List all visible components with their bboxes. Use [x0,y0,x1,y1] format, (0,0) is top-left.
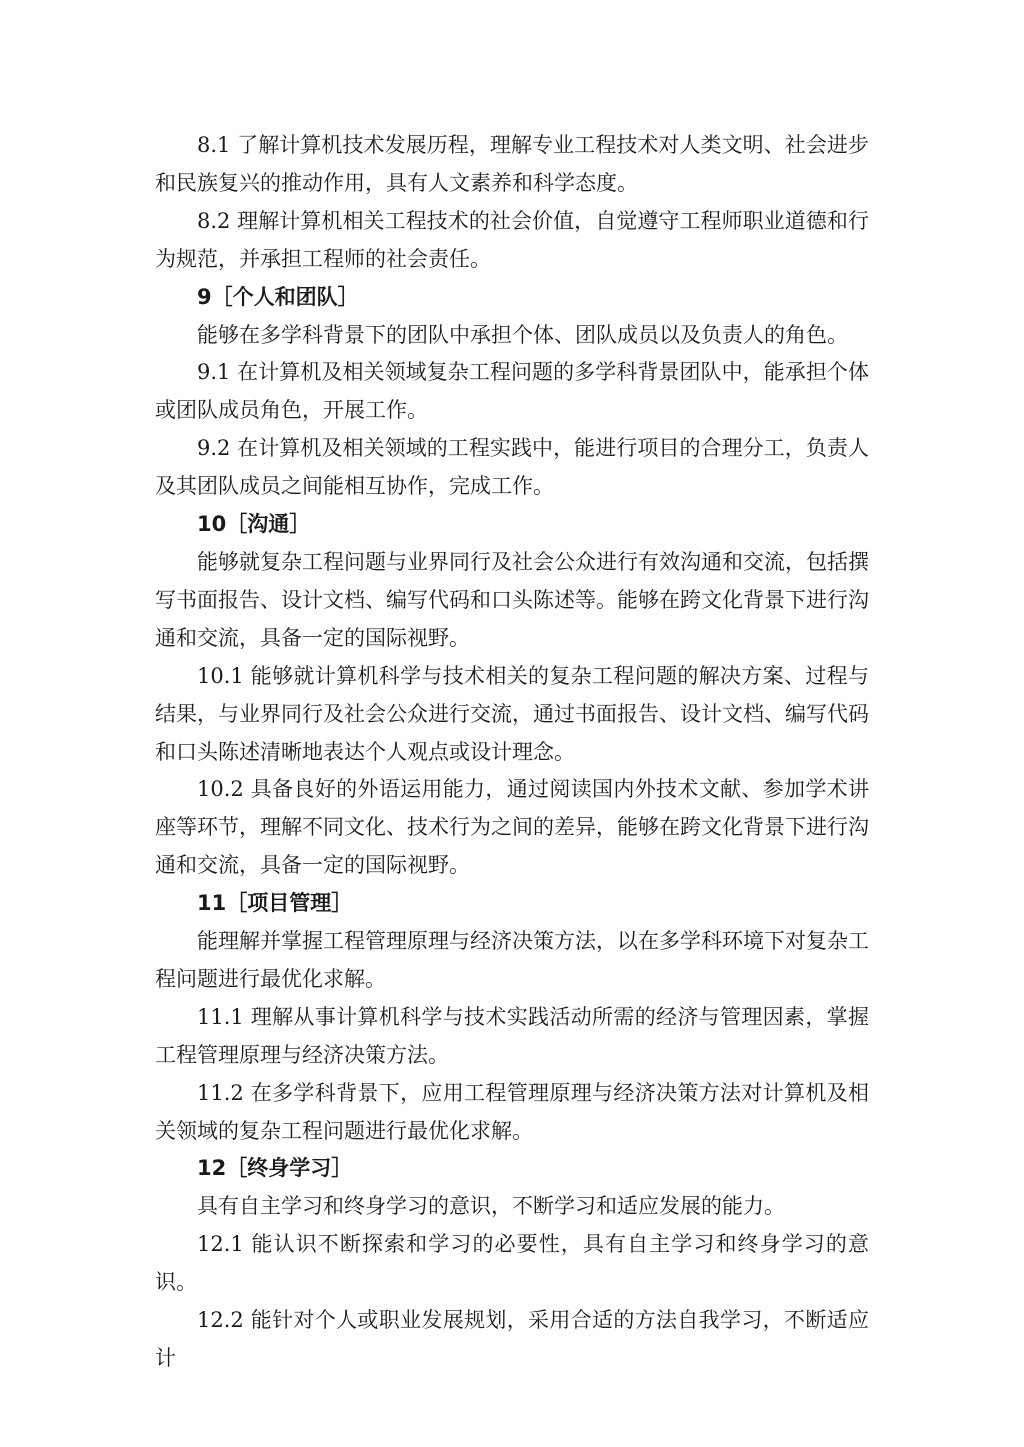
paragraph-11-summary: 能理解并掌握工程管理原理与经济决策方法，以在多学科环境下对复杂工程问题进行最优化… [155,923,869,999]
section-heading-12: 12［终身学习］ [155,1150,869,1188]
paragraph-8-2: 8.2 理解计算机相关工程技术的社会价值，自觉遵守工程师职业道德和行为规范，并承… [155,203,869,279]
paragraph-9-1: 9.1 在计算机及相关领域复杂工程问题的多学科背景团队中，能承担个体或团队成员角… [155,354,869,430]
paragraph-9-2: 9.2 在计算机及相关领域的工程实践中，能进行项目的合理分工，负责人及其团队成员… [155,430,869,506]
paragraph-8-1: 8.1 了解计算机技术发展历程，理解专业工程技术对人类文明、社会进步和民族复兴的… [155,127,869,203]
section-heading-10: 10［沟通］ [155,506,869,544]
paragraph-12-summary: 具有自主学习和终身学习的意识，不断学习和适应发展的能力。 [155,1188,869,1226]
paragraph-9-summary: 能够在多学科背景下的团队中承担个体、团队成员以及负责人的角色。 [155,317,869,355]
paragraph-10-summary: 能够就复杂工程问题与业界同行及社会公众进行有效沟通和交流，包括撰写书面报告、设计… [155,544,869,658]
paragraph-10-1: 10.1 能够就计算机科学与技术相关的复杂工程问题的解决方案、过程与结果，与业界… [155,658,869,772]
paragraph-12-1: 12.1 能认识不断探索和学习的必要性，具有自主学习和终身学习的意识。 [155,1226,869,1302]
section-heading-11: 11［项目管理］ [155,885,869,923]
paragraph-12-2: 12.2 能针对个人或职业发展规划，采用合适的方法自我学习，不断适应计 [155,1302,869,1378]
paragraph-11-1: 11.1 理解从事计算机科学与技术实践活动所需的经济与管理因素，掌握工程管理原理… [155,999,869,1075]
paragraph-11-2: 11.2 在多学科背景下，应用工程管理原理与经济决策方法对计算机及相关领域的复杂… [155,1075,869,1151]
paragraph-10-2: 10.2 具备良好的外语运用能力，通过阅读国内外技术文献、参加学术讲座等环节，理… [155,771,869,885]
section-heading-9: 9［个人和团队］ [155,279,869,317]
document-page: 8.1 了解计算机技术发展历程，理解专业工程技术对人类文明、社会进步和民族复兴的… [155,127,869,1378]
